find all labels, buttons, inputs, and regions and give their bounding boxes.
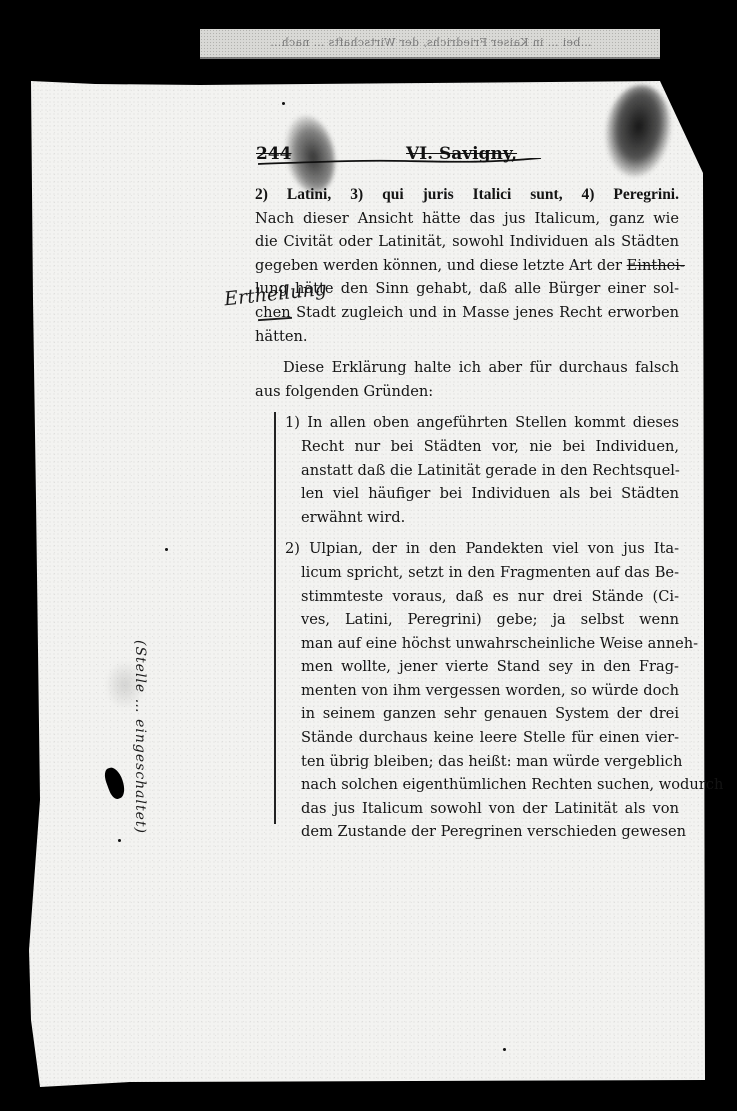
text-line: chen Stadt zugleich und in Masse jenes R… xyxy=(255,301,679,325)
text-line: aus folgenden Gründen: xyxy=(255,380,679,404)
text-line: ves, Latini, Peregrini) gebe; ja selbst … xyxy=(255,608,679,632)
pen-strikethrough xyxy=(256,158,546,168)
text-line: anstatt daß die Latinität gerade in den … xyxy=(255,459,679,483)
text-line: In allen oben angeführten Stellen kommt … xyxy=(307,414,679,431)
text-line: stimmteste voraus, daß es nur drei Ständ… xyxy=(255,585,679,609)
text-line: lung hätte den Sinn gehabt, daß alle Bür… xyxy=(255,277,679,301)
speck xyxy=(282,102,285,105)
text-line: Stände durchaus keine leere Stelle für e… xyxy=(255,726,679,750)
text-line: Ulpian, der in den Pandekten viel von ju… xyxy=(309,540,679,557)
handwritten-vertical-note: (Stelle … eingeschaltet) xyxy=(132,640,148,890)
scan-top-strip: …bei … in Kaiser Friedrichs, der Wirtsch… xyxy=(200,29,660,59)
text-line: die Civität oder Latinität, sowohl Indiv… xyxy=(255,230,679,254)
text-line: len viel häufiger bei Individuen als bei… xyxy=(255,482,679,506)
body-text: 2) Latini, 3) qui juris Italici sunt, 4)… xyxy=(255,183,679,844)
text-line: licum spricht, setzt in den Fragmenten a… xyxy=(255,561,679,585)
text-line: man auf eine höchst unwahrscheinliche We… xyxy=(255,632,679,656)
text-line: das jus Italicum sowohl von der Latinitä… xyxy=(255,797,679,821)
speck xyxy=(165,548,168,551)
reason-first-line: 1) In allen oben angeführten Stellen kom… xyxy=(255,411,679,435)
text-line: gegeben werden können, und diese letzte … xyxy=(255,254,679,278)
reason-first-line: 2) Ulpian, der in den Pandekten viel von… xyxy=(255,537,679,561)
text-line: hätten. xyxy=(255,325,679,349)
text-line: menten von ihm vergessen worden, so würd… xyxy=(255,679,679,703)
text-line: erwähnt wird. xyxy=(255,506,679,530)
strip-edge xyxy=(200,57,660,59)
speck xyxy=(503,1048,506,1051)
text-line: 2) Latini, 3) qui juris Italici sunt, 4)… xyxy=(255,183,679,207)
struck-word: Einthei- xyxy=(627,257,685,274)
text-line: in seinem ganzen sehr genauen System der… xyxy=(255,702,679,726)
text-line: ten übrig bleiben; das heißt: man würde … xyxy=(255,750,679,774)
text-line: Recht nur bei Städten vor, nie bei Indiv… xyxy=(255,435,679,459)
text-line: Diese Erklärung halte ich aber für durch… xyxy=(255,356,679,380)
bleed-through-text: …bei … in Kaiser Friedrichs, der Wirtsch… xyxy=(270,36,592,49)
text-line: Nach dieser Ansicht hätte das jus Italic… xyxy=(255,207,679,231)
text-line: dem Zustande der Peregrinen verschieden … xyxy=(255,820,679,844)
speck xyxy=(118,839,121,842)
text-line: nach solchen eigenthümlichen Rechten suc… xyxy=(255,773,679,797)
reason-2: 2) Ulpian, der in den Pandekten viel von… xyxy=(255,537,679,844)
text-line: men wollte, jener vierte Stand sey in de… xyxy=(255,655,679,679)
running-header: 244 VI. Savigny, xyxy=(256,144,556,168)
reason-1: 1) In allen oben angeführten Stellen kom… xyxy=(255,411,679,529)
reason-number: 2) xyxy=(285,540,300,557)
reason-number: 1) xyxy=(285,414,300,431)
